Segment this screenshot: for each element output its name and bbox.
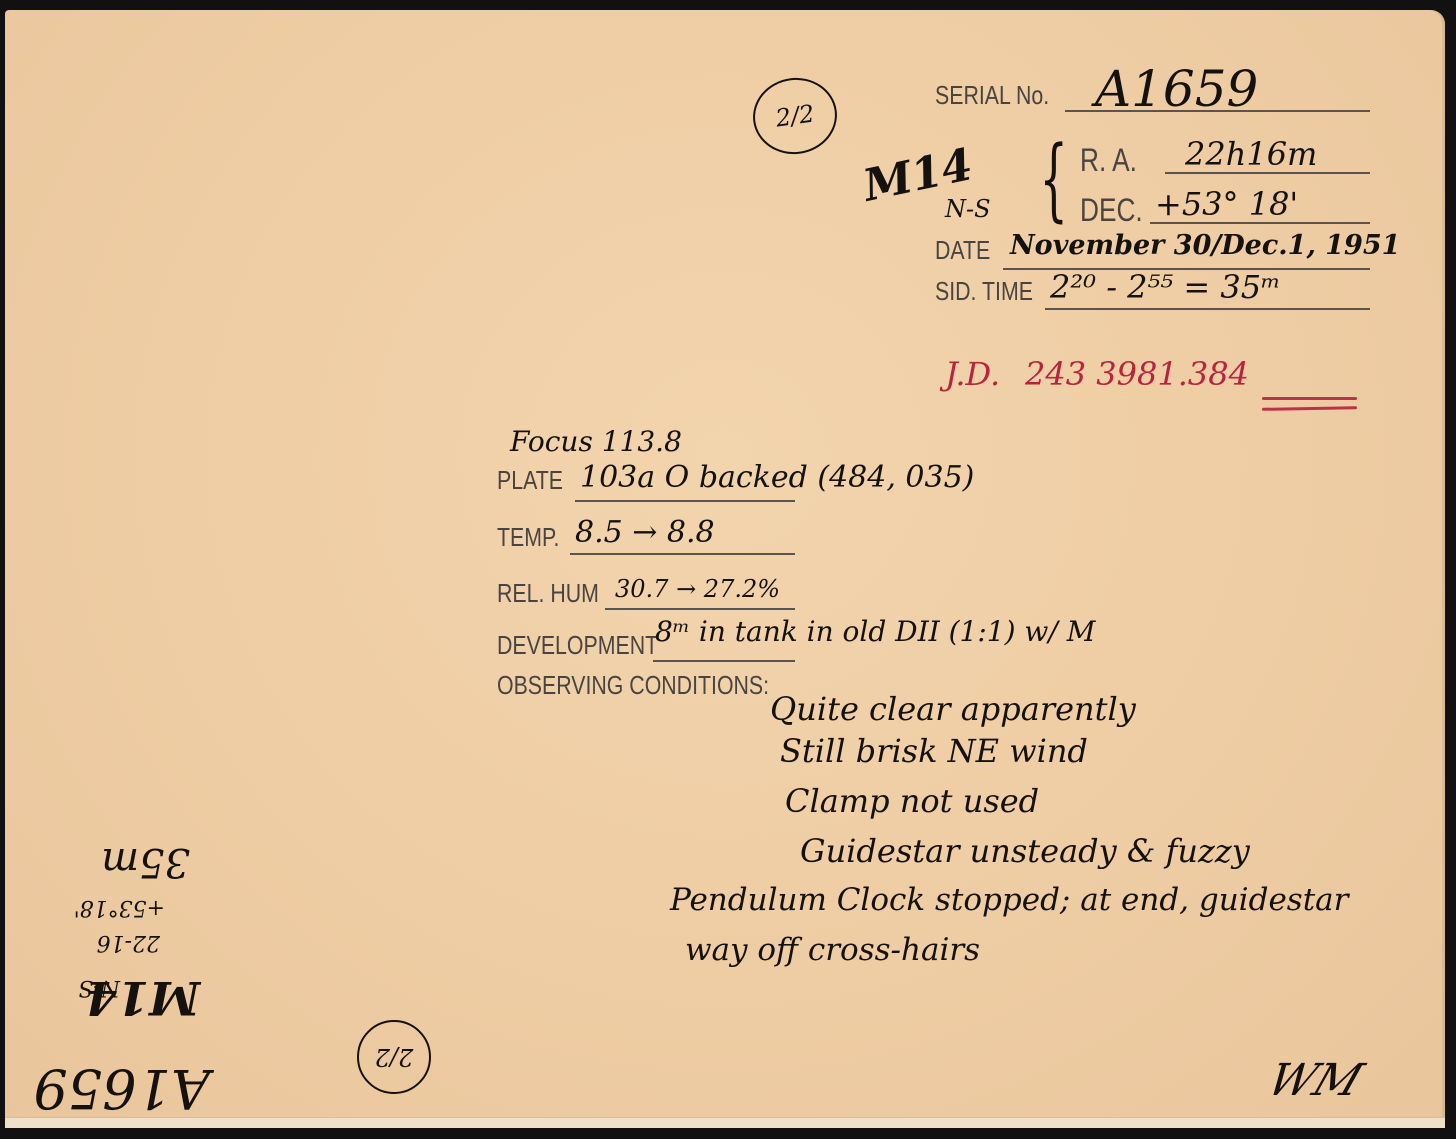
plate-mark-top: 2/2	[748, 73, 842, 160]
dec-value: +53° 18'	[1155, 185, 1298, 223]
jd-underline-2	[1262, 406, 1357, 411]
ra-label: R. A.	[1080, 142, 1137, 179]
plate-mark-bottom: 2/2	[357, 1020, 431, 1094]
rel-hum-label: REL. HUM	[497, 578, 599, 609]
observing-line: way off cross-hairs	[685, 932, 980, 968]
plate-mark-bottom-text: 2/2	[375, 1043, 414, 1071]
observing-line: Guidestar unsteady & fuzzy	[800, 832, 1250, 870]
coord-brace: {	[1039, 135, 1068, 225]
plate-envelope: 2/2 SERIAL No. A1659 M14 N-S { R. A. 22h…	[5, 10, 1445, 1128]
rel-hum-rule	[605, 608, 795, 610]
observing-line: Clamp not used	[785, 782, 1039, 820]
date-value: November 30/Dec.1, 1951	[1010, 230, 1400, 261]
side-note-serial: A1659	[34, 1057, 210, 1120]
object-sub: N-S	[945, 195, 991, 223]
observer-initials: WM	[1261, 1055, 1370, 1106]
side-note-sub: N-S	[78, 975, 120, 1000]
serial-value: A1659	[1095, 60, 1258, 118]
dec-label: DEC.	[1080, 192, 1143, 229]
rel-hum-value: 30.7 → 27.2%	[615, 575, 780, 603]
plate-rule	[575, 500, 795, 502]
side-note-exposure: 35m	[101, 839, 190, 885]
julian-date-value: 243 3981.384	[1025, 355, 1249, 393]
temp-label: TEMP.	[497, 522, 559, 553]
observing-label: OBSERVING CONDITIONS:	[497, 670, 769, 701]
envelope-bottom-edge	[5, 1117, 1445, 1128]
plate-label: PLATE	[497, 465, 563, 496]
date-label: DATE	[935, 235, 990, 266]
ra-value: 22h16m	[1185, 135, 1317, 173]
development-value: 8ᵐ in tank in old DII (1:1) w/ M	[655, 615, 1095, 648]
serial-label: SERIAL No.	[935, 80, 1049, 111]
observing-line: Pendulum Clock stopped; at end, guidesta…	[670, 882, 1348, 918]
observing-line: Still brisk NE wind	[780, 732, 1088, 770]
temp-value: 8.5 → 8.8	[575, 515, 715, 550]
observing-line: Quite clear apparently	[770, 690, 1136, 728]
side-note-rotated: A1659 M14 N-S 22-16 +53°18' 35m	[50, 820, 220, 1120]
development-rule	[653, 660, 795, 662]
side-note-ra: 22-16	[97, 930, 160, 955]
plate-value: 103a O backed (484, 035)	[580, 460, 974, 495]
temp-rule	[570, 553, 795, 555]
side-note-dec: +53°18'	[74, 895, 165, 920]
sid-time-value: 2²⁰ - 2⁵⁵ = 35ᵐ	[1050, 268, 1281, 306]
jd-underline-1	[1262, 397, 1357, 400]
focus-note: Focus 113.8	[510, 425, 682, 458]
sid-time-label: SID. TIME	[935, 276, 1033, 307]
sid-time-rule	[1045, 308, 1370, 310]
julian-date-prefix: J.D.	[945, 355, 1000, 393]
plate-mark-top-text: 2/2	[774, 99, 816, 132]
development-label: DEVELOPMENT	[497, 630, 658, 661]
